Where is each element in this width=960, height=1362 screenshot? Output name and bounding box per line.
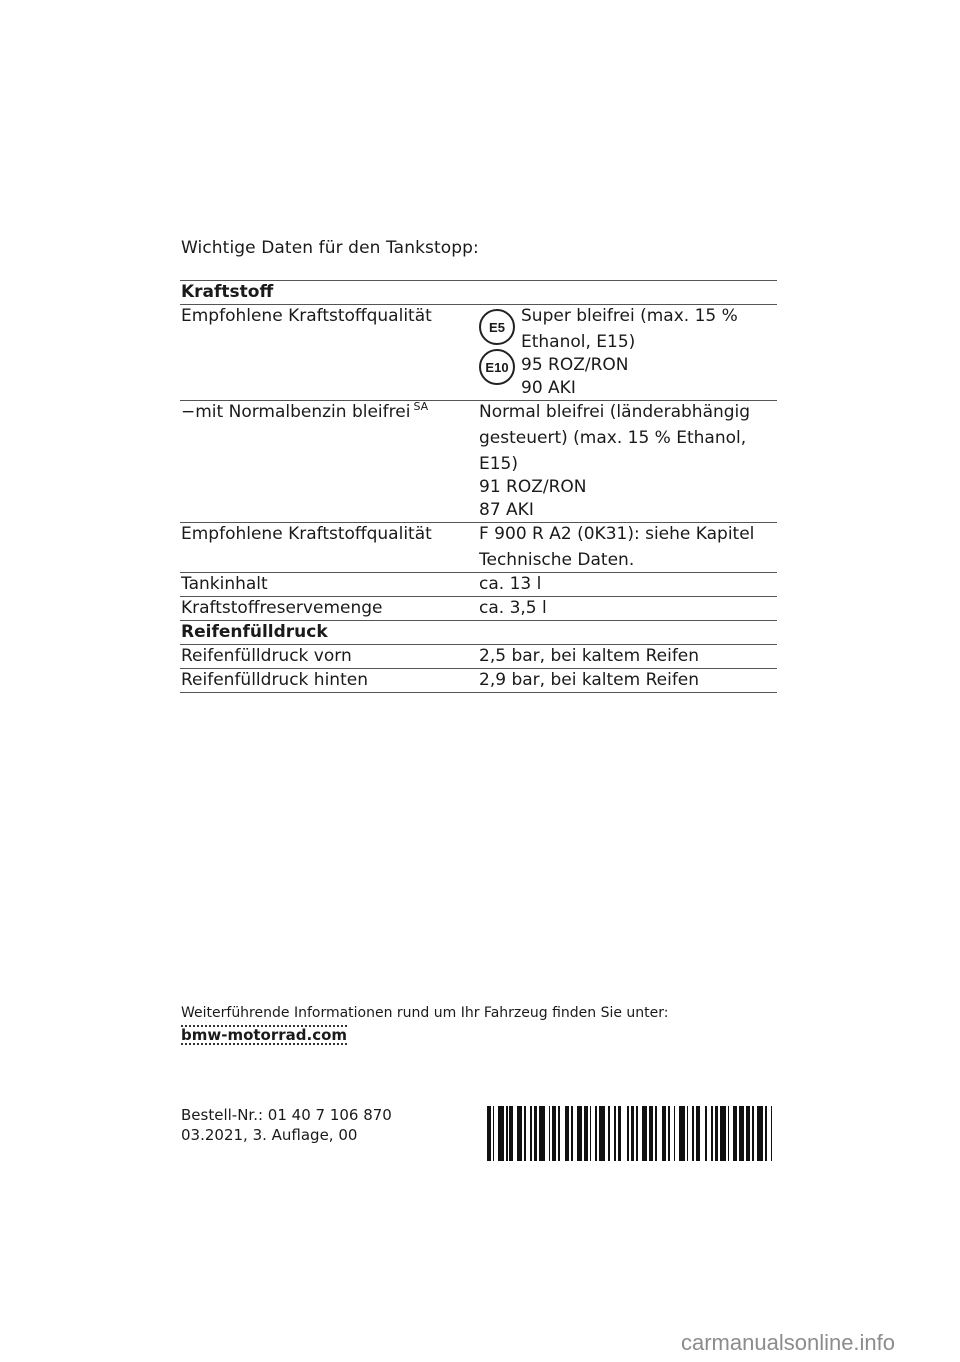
intro-text: Wichtige Daten für den Tankstopp: [181,238,479,258]
refuel-data-table: Kraftstoff Empfohlene Kraftstoffqualität… [180,280,777,693]
edition-info: 03.2021, 3. Auflage, 00 [181,1125,392,1145]
barcode-icon [487,1106,777,1161]
e10-fuel-icon: E10 [479,349,515,385]
table-row: Empfohlene Kraftstoffqualität F 900 R A2… [180,523,777,573]
order-info: Bestell-Nr.: 01 40 7 106 870 03.2021, 3.… [181,1105,392,1145]
website-link[interactable]: bmw-motorrad.com [181,1025,347,1045]
footer-info-text: Weiterführende Informationen rund um Ihr… [181,1005,669,1021]
table-row: Reifenfülldruck vorn 2,5 bar, bei kaltem… [180,645,777,669]
table-row: Reifenfülldruck hinten 2,9 bar, bei kalt… [180,669,777,693]
e5-fuel-icon: E5 [479,309,515,345]
order-number: Bestell-Nr.: 01 40 7 106 870 [181,1105,392,1125]
section-header-tire: Reifenfülldruck [180,621,777,645]
table-row: −mit Normalbenzin bleifreiSA Normal blei… [180,401,777,523]
table-row: Tankinhalt ca. 13 l [180,573,777,597]
section-header-fuel: Kraftstoff [180,281,777,305]
table-row: Empfohlene Kraftstoffqualität E5 E10 Sup… [180,305,777,401]
table-row: Kraftstoffreservemenge ca. 3,5 l [180,597,777,621]
special-equipment-superscript: SA [413,400,428,413]
watermark: carmanualsonline.info [681,1330,895,1356]
